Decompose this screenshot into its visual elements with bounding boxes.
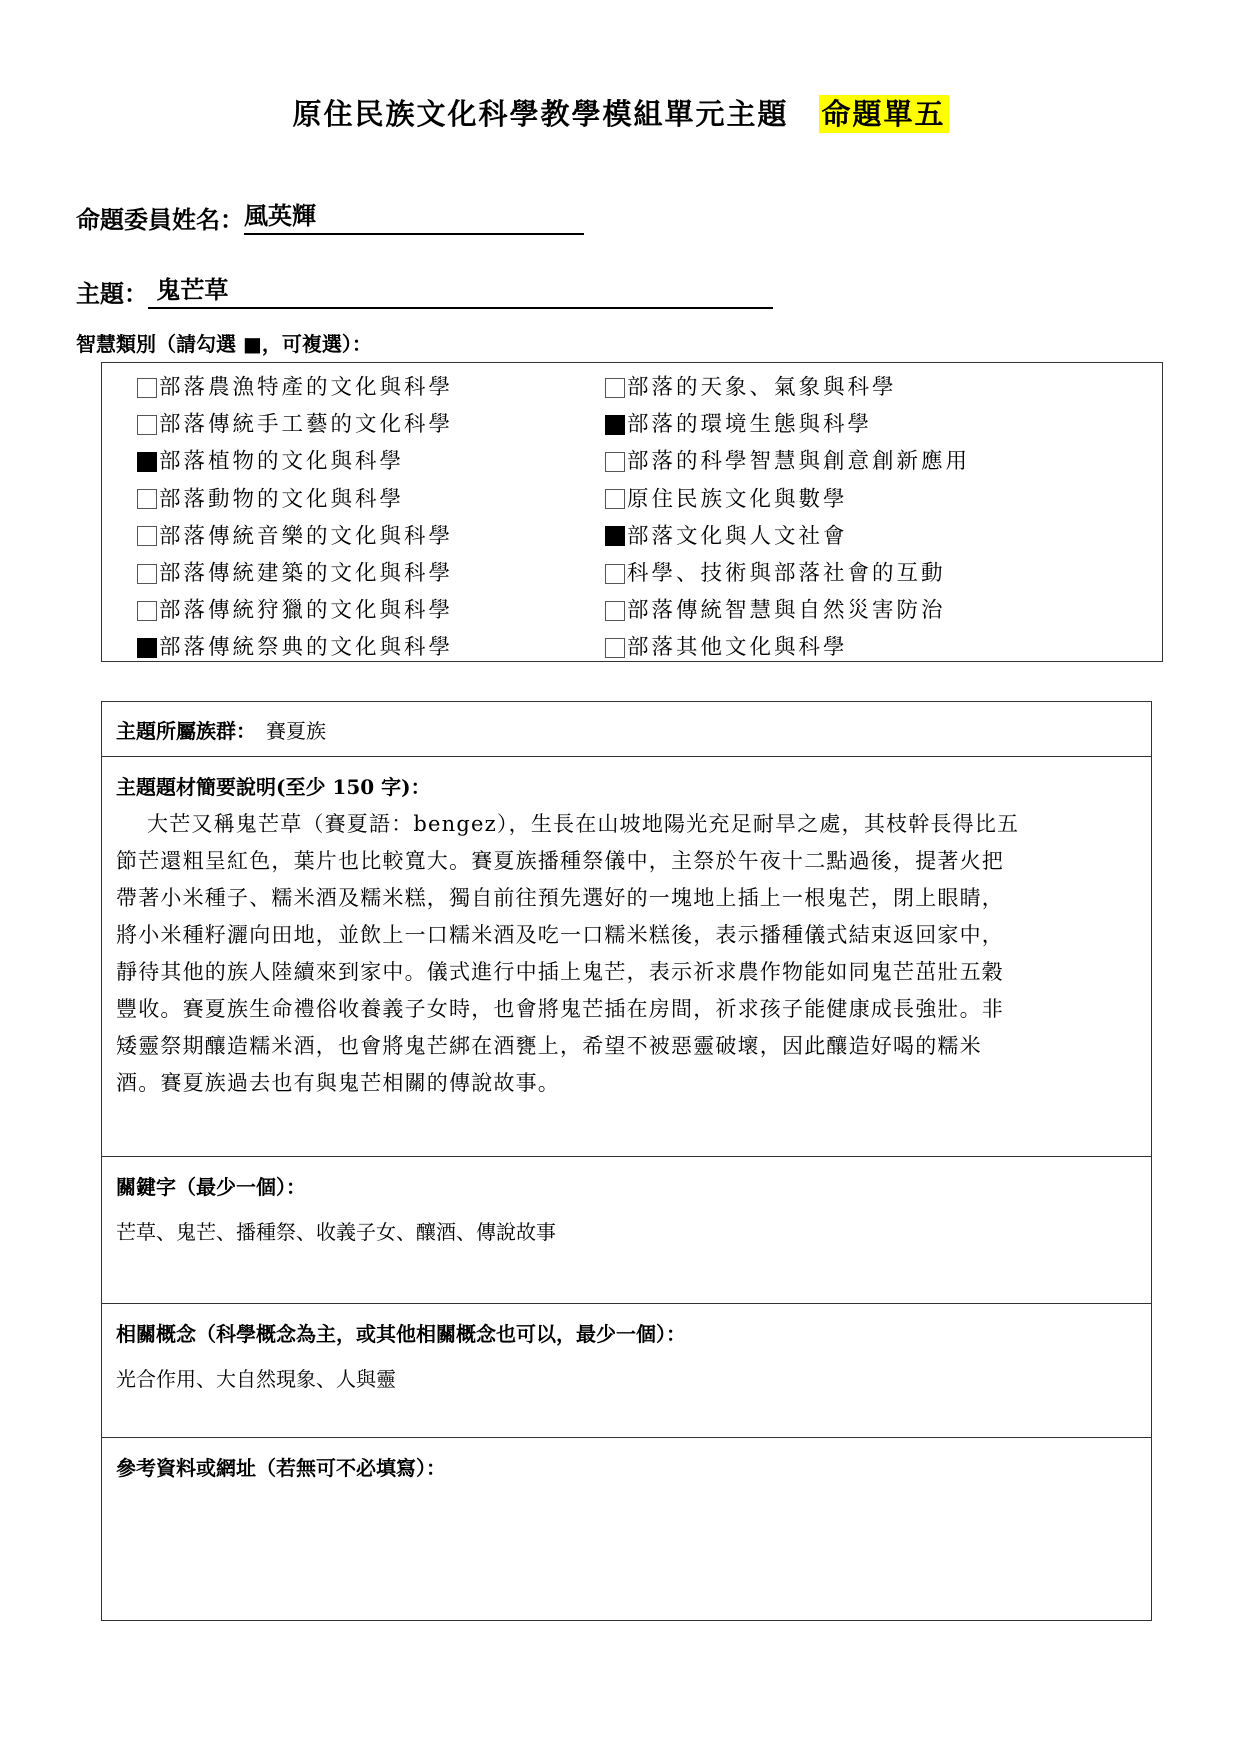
category-item[interactable]: 部落傳統建築的文化與科學 <box>137 555 453 592</box>
category-label: 部落植物的文化與科學 <box>159 443 404 480</box>
category-label: 部落傳統狩獵的文化與科學 <box>159 592 453 629</box>
category-label: 部落文化與人文社會 <box>627 518 848 555</box>
category-column-right: 部落的天象、氣象與科學 部落的環境生態與科學 部落的科學智慧與創意創新應用 原住… <box>605 369 970 667</box>
summary-line: 節芒還粗呈紅色，葉片也比較寬大。賽夏族播種祭儀中，主祭於午夜十二點過後，提著火把 <box>85 843 1137 880</box>
category-item[interactable]: 部落的科學智慧與創意創新應用 <box>605 443 970 480</box>
topic-input[interactable]: 鬼芒草 <box>148 270 773 309</box>
summary-line: 豐收。賽夏族生命禮俗收養義子女時，也會將鬼芒插在房間，祈求孩子能健康成長強壯。非 <box>85 991 1137 1028</box>
category-item[interactable]: 部落植物的文化與科學 <box>137 443 453 480</box>
category-label: 部落的環境生態與科學 <box>627 406 872 443</box>
category-label: 部落其他文化與科學 <box>627 629 848 666</box>
category-item[interactable]: 部落的環境生態與科學 <box>605 406 970 443</box>
summary-row: 主題題材簡要說明(至少 150 字)： 大芒又稱鬼芒草（賽夏語：bengez），… <box>102 757 1151 1157</box>
category-item[interactable]: 部落文化與人文社會 <box>605 518 970 555</box>
category-caption: 智慧類別（請勾選 ■，可複選）： <box>76 328 372 357</box>
checkbox-checked-icon[interactable] <box>137 638 157 658</box>
keywords-value[interactable]: 芒草、鬼芒、播種祭、收義子女、釀酒、傳說故事 <box>116 1216 1137 1245</box>
category-column-left: 部落農漁特產的文化與科學 部落傳統手工藝的文化科學 部落植物的文化與科學 部落動… <box>137 369 453 667</box>
category-item[interactable]: 部落傳統智慧與自然災害防治 <box>605 592 970 629</box>
category-item[interactable]: 科學、技術與部落社會的互動 <box>605 555 970 592</box>
category-label: 部落傳統建築的文化與科學 <box>159 555 453 592</box>
checkbox-empty-icon[interactable] <box>605 564 625 584</box>
concepts-row: 相關概念（科學概念為主，或其他相關概念也可以，最少一個）： 光合作用、大自然現象… <box>102 1304 1151 1438</box>
checkbox-empty-icon[interactable] <box>137 601 157 621</box>
summary-line: 酒。賽夏族過去也有與鬼芒相關的傳說故事。 <box>85 1065 1137 1102</box>
checkbox-empty-icon[interactable] <box>137 489 157 509</box>
topic-info-table: 主題所屬族群： 賽夏族 主題題材簡要說明(至少 150 字)： 大芒又稱鬼芒草（… <box>101 701 1152 1621</box>
topic-label: 主題： <box>76 279 148 308</box>
category-label: 原住民族文化與數學 <box>627 481 848 518</box>
ethnic-group-row: 主題所屬族群： 賽夏族 <box>102 702 1151 757</box>
checkbox-empty-icon[interactable] <box>605 452 625 472</box>
summary-line: 將小米種籽灑向田地，並飲上一口糯米酒及吃一口糯米糕後，表示播種儀式結束返回家中， <box>85 917 1137 954</box>
category-label: 科學、技術與部落社會的互動 <box>627 555 946 592</box>
category-label: 部落傳統祭典的文化與科學 <box>159 629 453 666</box>
concepts-label: 相關概念（科學概念為主，或其他相關概念也可以，最少一個）： <box>116 1318 1137 1347</box>
summary-line: 大芒又稱鬼芒草（賽夏語：bengez），生長在山坡地陽光充足耐旱之處，其枝幹長得… <box>116 806 1137 843</box>
category-item[interactable]: 部落的天象、氣象與科學 <box>605 369 970 406</box>
summary-label: 主題題材簡要說明(至少 150 字)： <box>116 771 1137 800</box>
keywords-label: 關鍵字（最少一個）： <box>116 1171 1137 1200</box>
committee-label: 命題委員姓名： <box>76 205 244 234</box>
references-row: 參考資料或網址（若無可不必填寫）： <box>102 1438 1151 1620</box>
category-label: 部落傳統智慧與自然災害防治 <box>627 592 946 629</box>
checkbox-empty-icon[interactable] <box>137 378 157 398</box>
checkbox-empty-icon[interactable] <box>137 526 157 546</box>
category-label: 部落的天象、氣象與科學 <box>627 369 897 406</box>
category-label: 部落傳統手工藝的文化科學 <box>159 406 453 443</box>
ethnic-group-value[interactable]: 賽夏族 <box>266 715 326 744</box>
summary-line: 帶著小米種子、糯米酒及糯米糕，獨自前往預先選好的一塊地上插上一根鬼芒，閉上眼睛， <box>85 880 1137 917</box>
checkbox-checked-icon[interactable] <box>605 415 625 435</box>
checkbox-empty-icon[interactable] <box>605 638 625 658</box>
keywords-row: 關鍵字（最少一個）： 芒草、鬼芒、播種祭、收義子女、釀酒、傳說故事 <box>102 1157 1151 1304</box>
category-item[interactable]: 原住民族文化與數學 <box>605 481 970 518</box>
checkbox-checked-icon[interactable] <box>137 452 157 472</box>
committee-field: 命題委員姓名：風英輝 <box>76 196 584 235</box>
category-label: 部落動物的文化與科學 <box>159 481 404 518</box>
checkbox-empty-icon[interactable] <box>605 601 625 621</box>
category-item[interactable]: 部落傳統狩獵的文化與科學 <box>137 592 453 629</box>
references-value[interactable] <box>116 1497 1137 1521</box>
committee-name-input[interactable]: 風英輝 <box>244 196 584 235</box>
title-highlight-badge: 命題單五 <box>819 95 949 133</box>
references-label: 參考資料或網址（若無可不必填寫）： <box>116 1452 1137 1481</box>
checkbox-empty-icon[interactable] <box>605 378 625 398</box>
category-item[interactable]: 部落傳統手工藝的文化科學 <box>137 406 453 443</box>
category-checklist: 部落農漁特產的文化與科學 部落傳統手工藝的文化科學 部落植物的文化與科學 部落動… <box>101 362 1163 662</box>
checkbox-empty-icon[interactable] <box>137 415 157 435</box>
category-item[interactable]: 部落傳統音樂的文化與科學 <box>137 518 453 555</box>
category-label: 部落農漁特產的文化與科學 <box>159 369 453 406</box>
category-item[interactable]: 部落動物的文化與科學 <box>137 481 453 518</box>
category-label: 部落的科學智慧與創意創新應用 <box>627 443 970 480</box>
concepts-value[interactable]: 光合作用、大自然現象、人與靈 <box>116 1363 1137 1392</box>
checkbox-empty-icon[interactable] <box>137 564 157 584</box>
checkbox-empty-icon[interactable] <box>605 489 625 509</box>
summary-text[interactable]: 大芒又稱鬼芒草（賽夏語：bengez），生長在山坡地陽光充足耐旱之處，其枝幹長得… <box>116 806 1137 1102</box>
summary-line: 矮靈祭期釀造糯米酒，也會將鬼芒綁在酒甕上，希望不被惡靈破壞，因此釀造好喝的糯米 <box>85 1028 1137 1065</box>
title-main: 原住民族文化科學教學模組單元主題 <box>292 97 788 131</box>
checkbox-checked-icon[interactable] <box>605 526 625 546</box>
summary-line: 靜待其他的族人陸續來到家中。儀式進行中插上鬼芒，表示祈求農作物能如同鬼芒茁壯五穀 <box>85 954 1137 991</box>
category-label: 部落傳統音樂的文化與科學 <box>159 518 453 555</box>
category-item[interactable]: 部落其他文化與科學 <box>605 629 970 666</box>
document-title: 原住民族文化科學教學模組單元主題命題單五 <box>0 92 1241 133</box>
ethnic-group-label: 主題所屬族群： <box>116 715 256 744</box>
category-item[interactable]: 部落農漁特產的文化與科學 <box>137 369 453 406</box>
topic-field: 主題： 鬼芒草 <box>76 270 773 309</box>
category-item[interactable]: 部落傳統祭典的文化與科學 <box>137 629 453 666</box>
